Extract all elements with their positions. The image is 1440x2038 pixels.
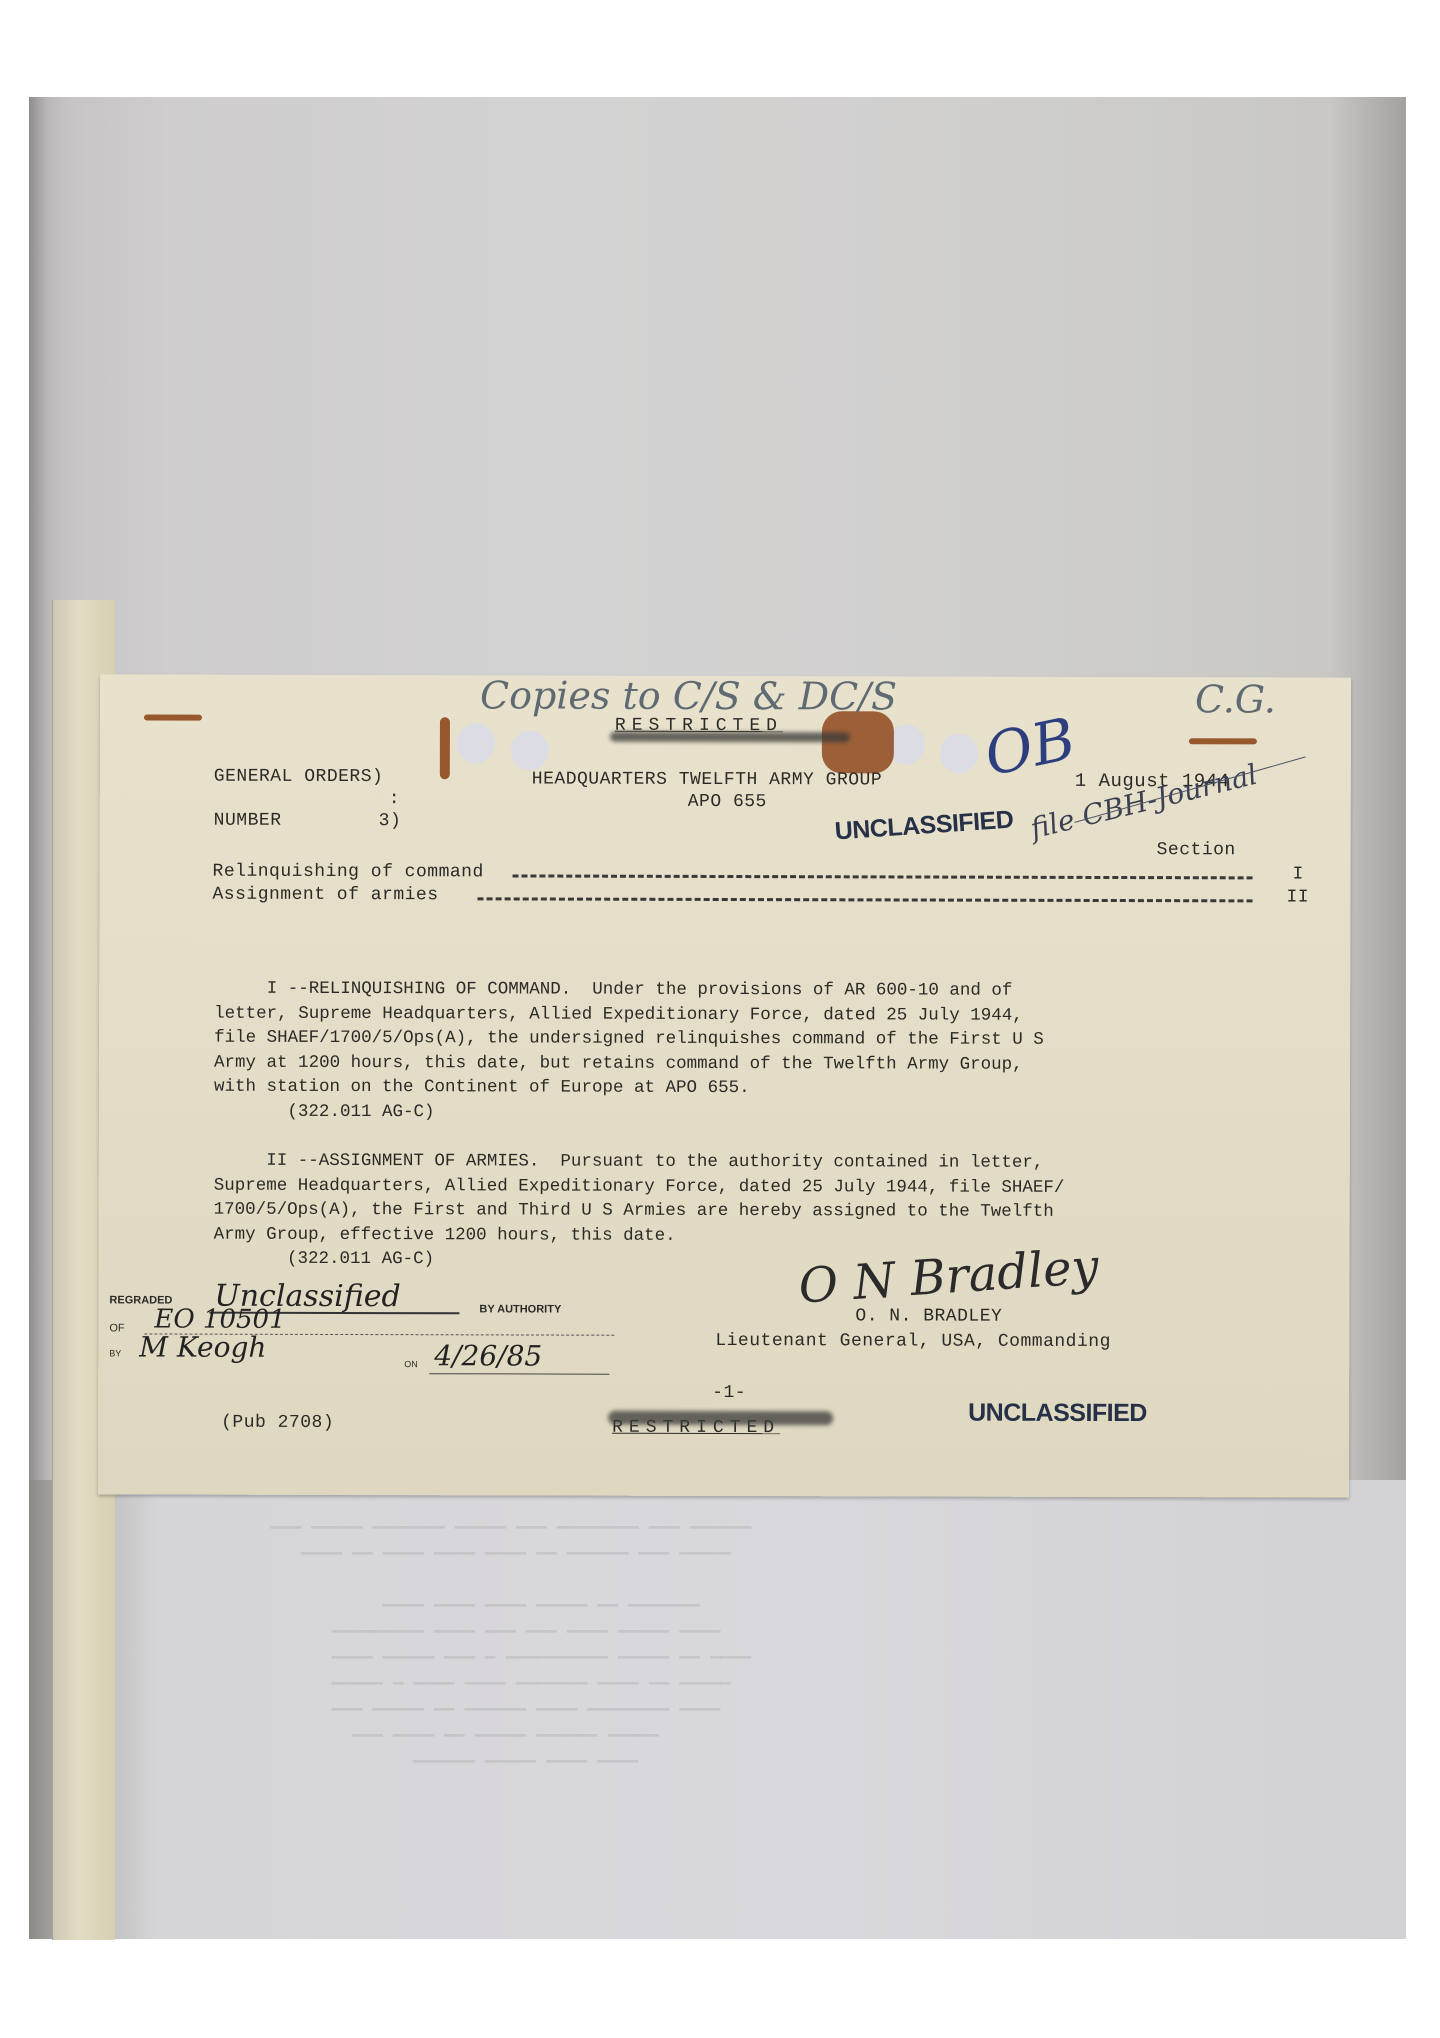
- toc-section-number: I: [1293, 864, 1304, 884]
- toc-title: Relinquishing of command: [213, 862, 484, 883]
- punch-hole: [940, 734, 978, 774]
- authority-label: BY AUTHORITY: [479, 1303, 561, 1315]
- order-number: 3): [379, 811, 402, 831]
- section-i-paragraph: I --RELINQUISHING OF COMMAND. Under the …: [214, 977, 1264, 1127]
- staple-rust: [144, 714, 202, 720]
- general-orders-sheet: Copies to C/S & DC/S C.G. OB RESTRICTED …: [98, 674, 1351, 1497]
- rust-stain: [822, 711, 894, 773]
- toc-section-number: II: [1286, 887, 1309, 907]
- handwritten-initials-ob: OB: [979, 704, 1081, 789]
- signer-name: O. N. BRADLEY: [855, 1306, 1002, 1326]
- toc-row: Assignment of armies II: [212, 885, 1312, 910]
- unclassified-stamp-bottom: UNCLASSIFIED: [968, 1399, 1147, 1428]
- headquarters-title: HEADQUARTERS TWELFTH ARMY GROUP: [532, 769, 882, 790]
- show-through-text: ▔▔▔ ▔▔▔▔▔ ▔▔▔▔▔▔▔ ▔▔▔▔▔ ▔▔▔ ▔▔▔▔▔▔▔▔ ▔▔▔…: [250, 1500, 1300, 1786]
- signer-title: Lieutenant General, USA, Commanding: [715, 1331, 1111, 1352]
- toc-leader: [513, 874, 1253, 879]
- toc-leader: [477, 897, 1252, 902]
- on-line: [429, 1373, 609, 1374]
- handwritten-copies-note: Copies to C/S & DC/S: [480, 673, 897, 718]
- header-colon: :: [389, 789, 400, 809]
- number-label: NUMBER: [214, 811, 282, 831]
- handwritten-initials-cg: C.G.: [1195, 677, 1276, 721]
- by-value: M Keogh: [139, 1330, 266, 1363]
- on-label: ON: [404, 1359, 418, 1369]
- section-ii-paragraph: II --ASSIGNMENT OF ARMIES. Pursuant to t…: [214, 1149, 1264, 1274]
- rust-stain: [440, 717, 450, 779]
- page-number: -1-: [712, 1383, 746, 1403]
- toc-heading: Section: [1157, 840, 1236, 860]
- strikeout-smear: [610, 732, 850, 743]
- strikeout-smear: [608, 1411, 833, 1426]
- toc-title: Assignment of armies: [212, 885, 438, 906]
- on-value: 4/26/85: [434, 1339, 542, 1372]
- unclassified-stamp-top: UNCLASSIFIED: [834, 806, 1014, 847]
- regrade-block: REGRADED Unclassified BY AUTHORITY OF EO…: [109, 1282, 629, 1393]
- punch-hole: [511, 730, 549, 770]
- toc-row: Relinquishing of command I: [213, 862, 1313, 887]
- pub-number: (Pub 2708): [221, 1413, 334, 1433]
- punch-hole: [457, 723, 495, 763]
- by-label: BY: [109, 1348, 121, 1358]
- apo-number: APO 655: [688, 792, 767, 812]
- of-label: OF: [109, 1322, 124, 1334]
- general-orders-label: GENERAL ORDERS): [214, 767, 384, 787]
- staple-rust: [1189, 738, 1257, 744]
